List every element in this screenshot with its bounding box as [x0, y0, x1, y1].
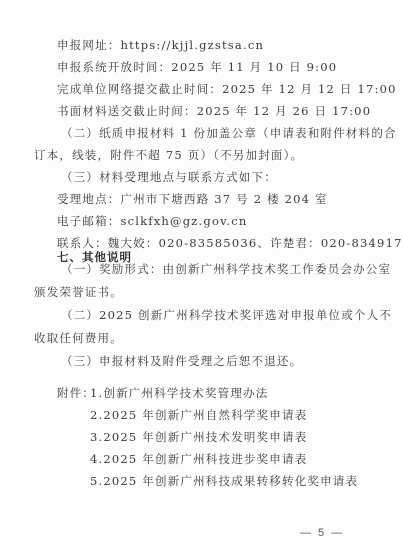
contact-heading: （三）材料受理地点与联系方式如下： — [61, 170, 277, 184]
email: 电子邮箱：sclkfxh@gz.gov.cn — [57, 214, 248, 228]
page-number: — 5 — — [300, 527, 344, 539]
note-1-line-1: （一）奖励形式：由创新广州科学技术奖工作委员会办公室 — [61, 262, 391, 276]
attachment-item: 2.2025 年创新广州自然科学奖申请表 — [90, 408, 307, 422]
attachment-item: 4.2025 年创新广州科技进步奖申请表 — [90, 452, 307, 466]
address: 受理地点：广州市下塘西路 37 号 2 楼 204 室 — [57, 192, 328, 206]
online-submit-deadline: 完成单位网络提交截止时间：2025 年 12 月 12 日 17:00 — [57, 82, 397, 96]
document-page: 申报网址：https://kjjl.gzstsa.cn 申报系统开放时间：202… — [0, 0, 403, 558]
paper-requirement-line-2: 订本，线装，附件不超 75 页）（不另加封面）。 — [34, 148, 303, 162]
attachment-item: 3.2025 年创新广州技术发明奖申请表 — [90, 430, 307, 444]
paper-requirement-line-1: （二）纸质申报材料 1 份加盖公章（申请表和附件材料的合 — [61, 126, 397, 140]
note-2-line-2: 收取任何费用。 — [34, 331, 123, 345]
note-1-line-2: 颁发荣誉证书。 — [34, 285, 123, 299]
attachment-item: 5.2025 年创新广州科技成果转移转化奖申请表 — [90, 474, 358, 488]
system-open-time: 申报系统开放时间：2025 年 11 月 10 日 9:00 — [57, 60, 337, 74]
note-2-line-1: （二）2025 创新广州科学技术奖评选对申报单位或个人不 — [61, 308, 392, 322]
contacts: 联系人：魏大姣：020-83585036、许楚君：020-83491758 — [57, 236, 403, 250]
paper-submit-deadline: 书面材料送交截止时间：2025 年 12 月 26 日 17:00 — [57, 104, 371, 118]
application-url: 申报网址：https://kjjl.gzstsa.cn — [57, 38, 264, 52]
attachment-item: 1.创新广州科学技术奖管理办法 — [90, 386, 268, 400]
note-3: （三）申报材料及附件受理之后恕不退还。 — [61, 354, 302, 368]
